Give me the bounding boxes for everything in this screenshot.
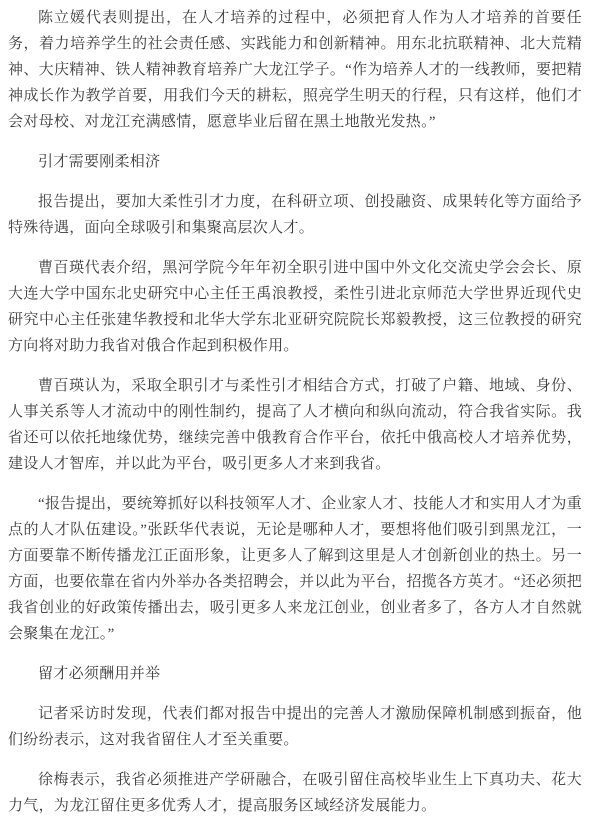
- paragraph-report-flexible-talent: 报告提出，要加大柔性引才力度，在科研立项、创投融资、成果转化等方面给予特殊待遇，…: [8, 189, 582, 241]
- paragraph-cao-baiying-opinion: 曹百瑛认为，采取全职引才与柔性引才相结合方式，打破了户籍、地域、身份、人事关系等…: [8, 373, 582, 477]
- article-body: 陈立媛代表则提出，在人才培养的过程中，必须把育人作为人才培养的首要任务，着力培养…: [0, 0, 590, 829]
- section-heading-yincai: 引才需要刚柔相济: [8, 149, 582, 175]
- section-heading-liucai: 留才必须酬用并举: [8, 661, 582, 687]
- paragraph-xu-mei: 徐梅表示，我省必须推进产学研融合，在吸引留住高校毕业生上下真功夫、花大力气，为龙…: [8, 767, 582, 819]
- paragraph-cao-baiying-intro: 曹百瑛代表介绍，黑河学院今年年初全职引进中国中外文化交流史学会会长、原大连大学中…: [8, 255, 582, 359]
- paragraph-chen-liyuan: 陈立媛代表则提出，在人才培养的过程中，必须把育人作为人才培养的首要任务，着力培养…: [8, 5, 582, 135]
- paragraph-zhang-yuehua: “报告提出，要统筹抓好以科技领军人才、企业家人才、技能人才和实用人才为重点的人才…: [8, 491, 582, 647]
- paragraph-reporter-finding: 记者采访时发现，代表们都对报告中提出的完善人才激励保障机制感到振奋，他们纷纷表示…: [8, 701, 582, 753]
